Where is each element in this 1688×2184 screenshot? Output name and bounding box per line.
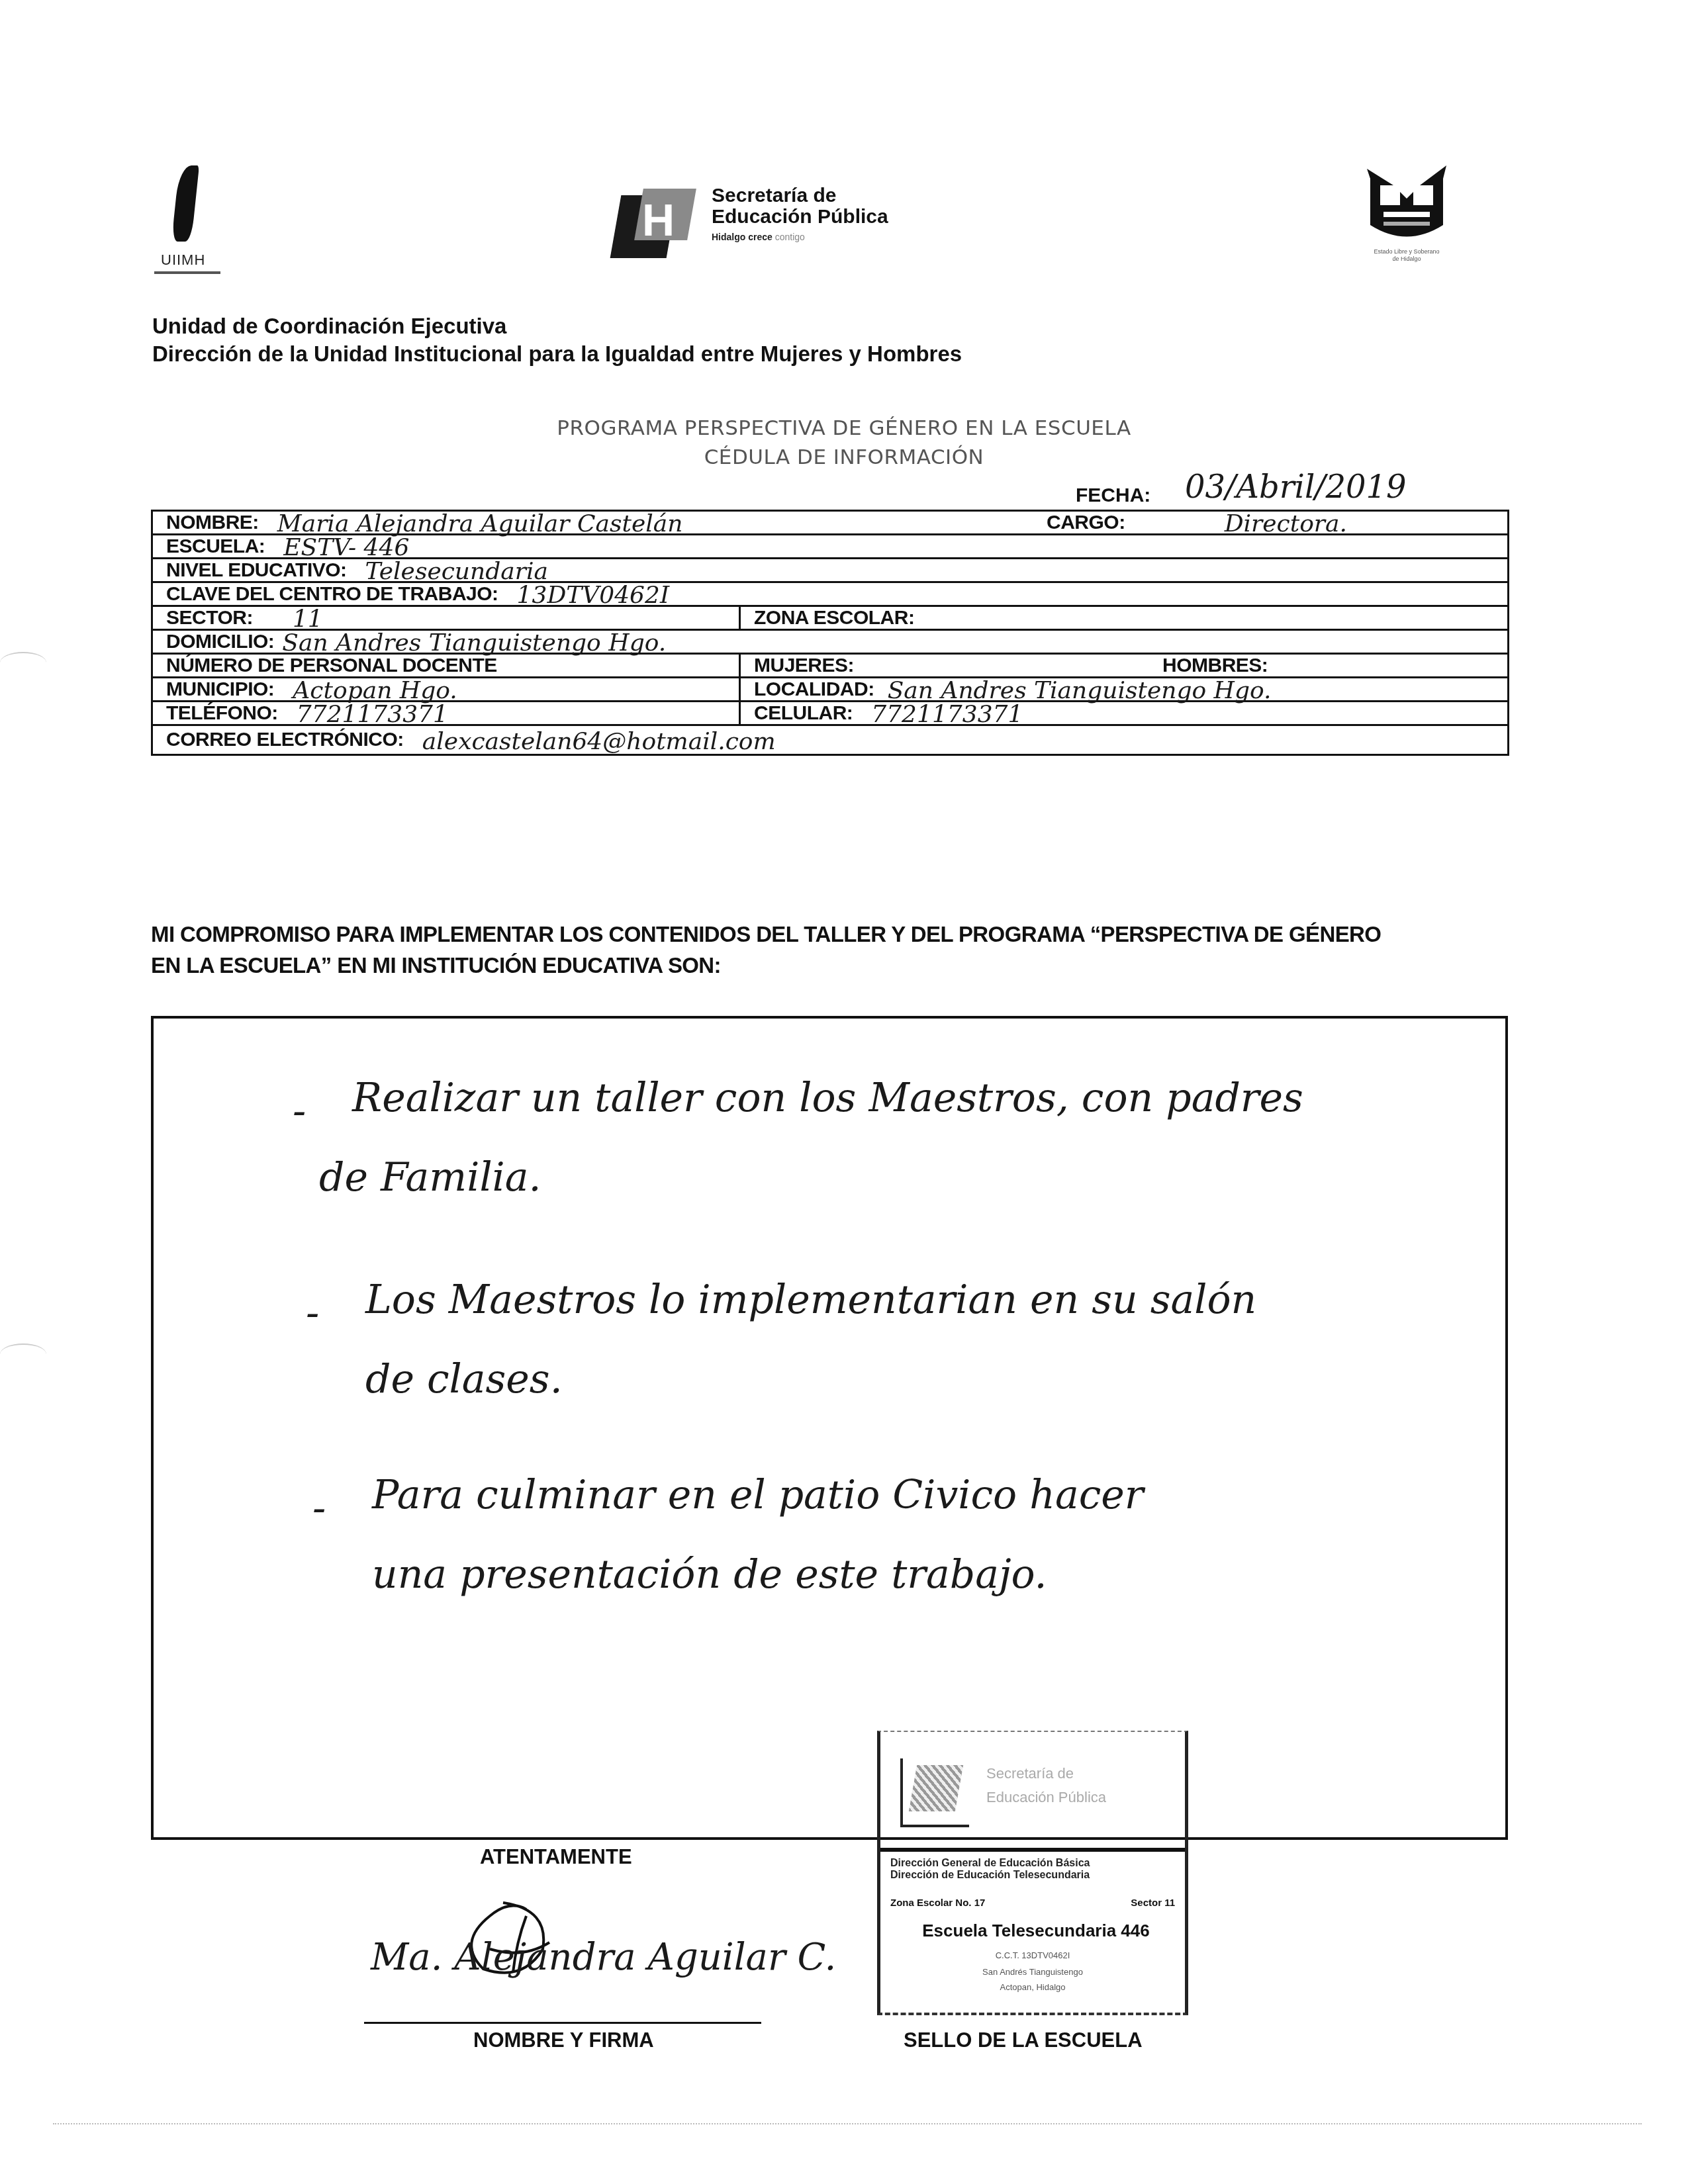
scan-edge-mark [0, 652, 46, 673]
clave-cell[interactable]: CLAVE DEL CENTRO DE TRABAJO: 13DTV0462I [153, 583, 1507, 605]
localidad-label: LOCALIDAD: [754, 678, 874, 701]
commitment-item: - Los Maestros lo implementarian en su s… [365, 1260, 1256, 1419]
mujeres-cell[interactable]: MUJERES: [739, 655, 1149, 676]
commitment-item: - Para culminar en el patio Civico hacer… [372, 1455, 1144, 1614]
commitment-item-line1: Para culminar en el patio Civico hacer [372, 1455, 1144, 1535]
clave-centro-label: CLAVE DEL CENTRO DE TRABAJO: [166, 583, 498, 606]
hombres-cell[interactable]: HOMBRES: [1149, 655, 1507, 676]
row-municipio-localidad: MUNICIPIO: Actopan Hgo. LOCALIDAD: San A… [153, 678, 1507, 702]
sector-cell[interactable]: SECTOR: 11 [153, 607, 739, 629]
stamp-cct: C.C.T. 13DTV0462I [880, 1950, 1185, 1960]
commitment-textarea[interactable]: - Realizar un taller con los Maestros, c… [151, 1016, 1508, 1840]
sep-logo: H Secretaría de Educación Pública Hidalg… [616, 182, 947, 255]
stamp-sep-line1: Secretaría de [986, 1762, 1106, 1786]
commitment-item-line2: de Familia. [319, 1138, 1303, 1217]
sep-tagline: Hidalgo crece contigo [712, 232, 805, 242]
celular-value[interactable]: 7721173371 [871, 701, 1023, 728]
stamp-zona-sector: Zona Escolar No. 17 Sector 11 [890, 1897, 1175, 1909]
stamp-dir-line2: Dirección de Educación Telesecundaria [890, 1870, 1182, 1882]
stamp-sep-logo-icon [900, 1758, 969, 1827]
mujeres-label: MUJERES: [754, 655, 854, 677]
sep-h-icon: H [616, 189, 692, 258]
sep-tagline-light: contigo [775, 232, 805, 242]
commitment-item-line1: Realizar un taller con los Maestros, con… [352, 1058, 1303, 1138]
commitment-item-line1: Los Maestros lo implementarian en su sal… [365, 1260, 1256, 1340]
municipio-label: MUNICIPIO: [166, 678, 274, 701]
nivel-cell[interactable]: NIVEL EDUCATIVO: Telesecundaria [153, 559, 1507, 581]
escuela-value[interactable]: ESTV- 446 [283, 534, 409, 561]
fecha-label: FECHA: [1076, 484, 1150, 507]
scan-edge-dots [53, 2123, 1642, 2126]
telefono-cell[interactable]: TELÉFONO: 7721173371 [153, 702, 739, 724]
nivel-educativo-label: NIVEL EDUCATIVO: [166, 559, 347, 582]
correo-label: CORREO ELECTRÓNICO: [166, 729, 404, 751]
stamp-school-name: Escuela Telesecundaria 446 [897, 1921, 1175, 1941]
row-correo: CORREO ELECTRÓNICO: alexcastelan64@hotma… [153, 726, 1507, 754]
uiimh-emblem-icon [171, 165, 199, 242]
row-domicilio: DOMICILIO: San Andres Tianguistengo Hgo. [153, 631, 1507, 655]
stamp-divider [880, 1848, 1185, 1852]
correo-value[interactable]: alexcastelan64@hotmail.com [422, 728, 776, 755]
telefono-value[interactable]: 7721173371 [297, 701, 448, 728]
bullet-dash: - [312, 1469, 326, 1548]
sep-title-line2: Educación Pública [712, 206, 888, 228]
bullet-dash: - [306, 1273, 319, 1353]
nombre-cell[interactable]: NOMBRE: Maria Alejandra Aguilar Castelán [153, 512, 1047, 533]
sector-value[interactable]: 11 [293, 606, 323, 633]
cargo-value[interactable]: Directora. [1225, 510, 1347, 537]
program-title: PROGRAMA PERSPECTIVA DE GÉNERO EN LA ESC… [0, 414, 1688, 472]
cargo-label: CARGO: [1047, 512, 1125, 534]
escuela-label: ESCUELA: [166, 535, 265, 558]
telefono-label: TELÉFONO: [166, 702, 278, 725]
commitment-item: - Realizar un taller con los Maestros, c… [352, 1058, 1303, 1217]
stamp-location1: San Andrés Tianguistengo [880, 1967, 1185, 1977]
signature-line [364, 2022, 761, 2024]
stamp-dir-line1: Dirección General de Educación Básica [890, 1858, 1182, 1870]
shield-caption-line2: de Hidalgo [1360, 255, 1453, 263]
commitment-heading-line2: EN LA ESCUELA” EN MI INSTITUCIÓN EDUCATI… [151, 950, 1541, 981]
stamp-sep-line2: Educación Pública [986, 1786, 1106, 1809]
municipio-value[interactable]: Actopan Hgo. [293, 677, 457, 704]
nombre-y-firma-label: NOMBRE Y FIRMA [473, 2028, 654, 2052]
municipio-cell[interactable]: MUNICIPIO: Actopan Hgo. [153, 678, 739, 700]
signature-name[interactable]: Ma. Alejandra Aguilar C. [371, 1936, 836, 1979]
personal-docente-cell: NÚMERO DE PERSONAL DOCENTE [153, 655, 739, 676]
bullet-dash: - [293, 1071, 306, 1151]
row-personal-docente: NÚMERO DE PERSONAL DOCENTE MUJERES: HOMB… [153, 655, 1507, 678]
stamp-zona: Zona Escolar No. 17 [890, 1897, 985, 1909]
clave-centro-value[interactable]: 13DTV0462I [517, 582, 670, 609]
stamp-sep-text: Secretaría de Educación Pública [986, 1762, 1106, 1809]
hidalgo-shield-logo: Estado Libre y Soberano de Hidalgo [1357, 149, 1456, 275]
information-form-table: NOMBRE: Maria Alejandra Aguilar Castelán… [151, 510, 1509, 756]
program-title-line: PROGRAMA PERSPECTIVA DE GÉNERO EN LA ESC… [0, 414, 1688, 443]
uiimh-logo-underline [154, 271, 220, 274]
localidad-cell[interactable]: LOCALIDAD: San Andres Tianguistengo Hgo. [739, 678, 1507, 700]
cargo-cell[interactable]: CARGO: Directora. [1047, 512, 1507, 533]
nombre-label: NOMBRE: [166, 512, 259, 534]
fecha-value[interactable]: 03/Abril/2019 [1185, 469, 1407, 506]
shield-caption-line1: Estado Libre y Soberano [1360, 248, 1453, 255]
sector-label: SECTOR: [166, 607, 253, 629]
commitment-item-line2: de clases. [365, 1340, 1256, 1419]
row-nombre-cargo: NOMBRE: Maria Alejandra Aguilar Castelán… [153, 512, 1507, 535]
domicilio-cell[interactable]: DOMICILIO: San Andres Tianguistengo Hgo. [153, 631, 1507, 653]
row-clave: CLAVE DEL CENTRO DE TRABAJO: 13DTV0462I [153, 583, 1507, 607]
celular-cell[interactable]: CELULAR: 7721173371 [739, 702, 1507, 724]
commitment-heading: MI COMPROMISO PARA IMPLEMENTAR LOS CONTE… [151, 919, 1541, 981]
escuela-cell[interactable]: ESCUELA: ESTV- 446 [153, 535, 1507, 557]
domicilio-value[interactable]: San Andres Tianguistengo Hgo. [282, 629, 666, 657]
sello-escuela-label: SELLO DE LA ESCUELA [904, 2028, 1143, 2052]
institution-header: Unidad de Coordinación Ejecutiva Direcci… [152, 312, 962, 368]
header-line1: Unidad de Coordinación Ejecutiva [152, 312, 962, 340]
sep-logo-title: Secretaría de Educación Pública [712, 185, 888, 228]
row-nivel: NIVEL EDUCATIVO: Telesecundaria [153, 559, 1507, 583]
uiimh-logo-text: UIIMH [161, 251, 205, 269]
personal-docente-label: NÚMERO DE PERSONAL DOCENTE [166, 655, 497, 677]
stamp-direction: Dirección General de Educación Básica Di… [890, 1858, 1182, 1882]
commitment-item-line2: una presentación de este trabajo. [372, 1535, 1144, 1614]
scan-edge-mark [0, 1343, 46, 1365]
row-telefono-celular: TELÉFONO: 7721173371 CELULAR: 7721173371 [153, 702, 1507, 726]
school-stamp: Secretaría de Educación Pública Direcció… [877, 1731, 1188, 2015]
nombre-value[interactable]: Maria Alejandra Aguilar Castelán [277, 510, 683, 537]
celular-label: CELULAR: [754, 702, 853, 725]
correo-cell[interactable]: CORREO ELECTRÓNICO: alexcastelan64@hotma… [153, 726, 1507, 754]
commitment-heading-line1: MI COMPROMISO PARA IMPLEMENTAR LOS CONTE… [151, 919, 1541, 950]
stamp-location2: Actopan, Hidalgo [880, 1982, 1185, 1992]
sep-tagline-bold: Hidalgo crece [712, 232, 773, 242]
stamp-sector: Sector 11 [1131, 1897, 1175, 1909]
program-subtitle: CÉDULA DE INFORMACIÓN [0, 443, 1688, 472]
zona-escolar-cell[interactable]: ZONA ESCOLAR: [739, 607, 1507, 629]
domicilio-label: DOMICILIO: [166, 631, 274, 653]
zona-escolar-label: ZONA ESCOLAR: [754, 607, 914, 629]
atentamente-label: ATENTAMENTE [480, 1845, 632, 1869]
sep-title-line1: Secretaría de [712, 185, 888, 206]
hombres-label: HOMBRES: [1162, 655, 1268, 677]
row-escuela: ESCUELA: ESTV- 446 [153, 535, 1507, 559]
nivel-educativo-value[interactable]: Telesecundaria [365, 558, 548, 585]
uiimh-logo: UIIMH [149, 146, 228, 271]
header-line2: Dirección de la Unidad Institucional par… [152, 340, 962, 368]
localidad-value[interactable]: San Andres Tianguistengo Hgo. [888, 677, 1272, 704]
shield-caption: Estado Libre y Soberano de Hidalgo [1360, 248, 1453, 263]
row-sector-zona: SECTOR: 11 ZONA ESCOLAR: [153, 607, 1507, 631]
coat-of-arms-icon [1364, 159, 1450, 245]
